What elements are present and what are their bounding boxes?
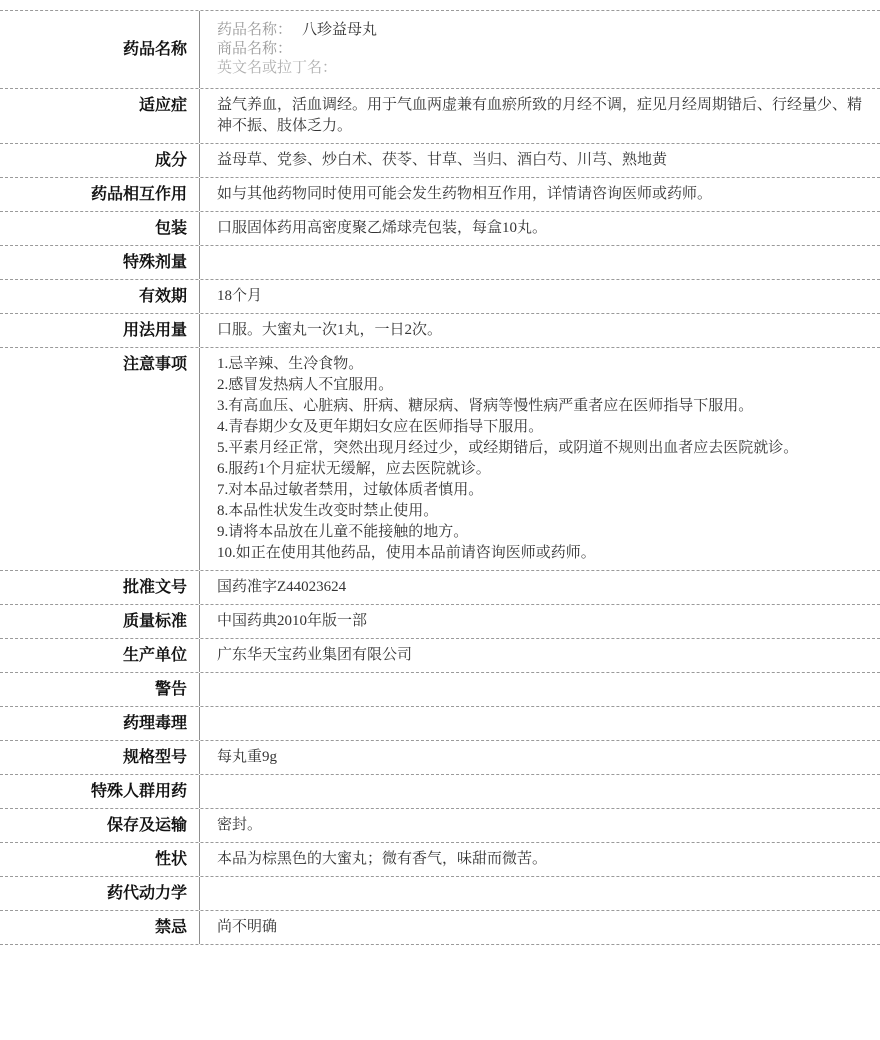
row-value-drug-name: 药品名称：八珍益母丸 商品名称： 英文名或拉丁名： [200,11,880,88]
table-row-drug-name: 药品名称 药品名称：八珍益母丸 商品名称： 英文名或拉丁名： [0,11,880,89]
row-value-shelf-life: 18个月 [200,280,880,313]
table-row-shelf-life: 有效期 18个月 [0,280,880,314]
precaution-item: 9.请将本品放在儿童不能接触的地方。 [217,522,868,543]
row-label-pharmacology-toxicology: 药理毒理 [0,707,200,740]
row-value-dosage-usage: 口服。大蜜丸一次1丸，一日2次。 [200,314,880,347]
row-value-special-dosage [200,246,880,279]
row-label-interactions: 药品相互作用 [0,178,200,211]
row-label-special-populations: 特殊人群用药 [0,775,200,808]
table-row-precautions: 注意事项 1.忌辛辣、生冷食物。 2.感冒发热病人不宜服用。 3.有高血压、心脏… [0,348,880,571]
row-value-properties: 本品为棕黑色的大蜜丸；微有香气，味甜而微苦。 [200,843,880,876]
row-value-manufacturer: 广东华天宝药业集团有限公司 [200,639,880,672]
row-label-approval-number: 批准文号 [0,571,200,604]
table-row-specification: 规格型号 每丸重9g [0,741,880,775]
english-name-line: 英文名或拉丁名： [217,59,377,78]
table-row-warnings: 警告 [0,673,880,707]
precaution-item: 10.如正在使用其他药品，使用本品前请咨询医师或药师。 [217,543,868,564]
precaution-item: 2.感冒发热病人不宜服用。 [217,375,868,396]
row-value-specification: 每丸重9g [200,741,880,774]
row-label-drug-name: 药品名称 [0,11,200,88]
row-value-storage-transport: 密封。 [200,809,880,842]
row-value-warnings [200,673,880,706]
row-value-ingredients: 益母草、党参、炒白术、茯苓、甘草、当归、酒白芍、川芎、熟地黄 [200,144,880,177]
drug-info-page: 药品名称 药品名称：八珍益母丸 商品名称： 英文名或拉丁名： 适应症 益气养 [0,0,880,1040]
row-label-specification: 规格型号 [0,741,200,774]
table-row-ingredients: 成分 益母草、党参、炒白术、茯苓、甘草、当归、酒白芍、川芎、熟地黄 [0,144,880,178]
row-value-interactions: 如与其他药物同时使用可能会发生药物相互作用，详情请咨询医师或药师。 [200,178,880,211]
english-name-prefix: 英文名或拉丁名： [217,60,337,76]
drug-name-prefix: 药品名称： [217,22,292,38]
trade-name-prefix: 商品名称： [217,41,292,57]
row-value-pharmacokinetics [200,877,880,910]
drug-name-value: 八珍益母丸 [302,22,377,38]
table-row-packaging: 包装 口服固体药用高密度聚乙烯球壳包装，每盒10丸。 [0,212,880,246]
row-label-shelf-life: 有效期 [0,280,200,313]
table-row-storage-transport: 保存及运输 密封。 [0,809,880,843]
table-row-special-dosage: 特殊剂量 [0,246,880,280]
drug-info-table: 药品名称 药品名称：八珍益母丸 商品名称： 英文名或拉丁名： 适应症 益气养 [0,10,880,945]
table-row-interactions: 药品相互作用 如与其他药物同时使用可能会发生药物相互作用，详情请咨询医师或药师。 [0,178,880,212]
row-value-packaging: 口服固体药用高密度聚乙烯球壳包装，每盒10丸。 [200,212,880,245]
trade-name-line: 商品名称： [217,40,377,59]
table-row-special-populations: 特殊人群用药 [0,775,880,809]
table-row-approval-number: 批准文号 国药准字Z44023624 [0,571,880,605]
row-value-indications: 益气养血，活血调经。用于气血两虚兼有血瘀所致的月经不调，症见月经周期错后、行经量… [200,89,880,143]
precaution-item: 7.对本品过敏者禁用，过敏体质者慎用。 [217,480,868,501]
row-label-indications: 适应症 [0,89,200,143]
row-label-packaging: 包装 [0,212,200,245]
row-label-special-dosage: 特殊剂量 [0,246,200,279]
row-label-manufacturer: 生产单位 [0,639,200,672]
drug-name-lines: 药品名称：八珍益母丸 商品名称： 英文名或拉丁名： [217,21,377,78]
precaution-item: 3.有高血压、心脏病、肝病、糖尿病、肾病等慢性病严重者应在医师指导下服用。 [217,396,868,417]
table-row-dosage-usage: 用法用量 口服。大蜜丸一次1丸，一日2次。 [0,314,880,348]
row-label-dosage-usage: 用法用量 [0,314,200,347]
row-value-approval-number: 国药准字Z44023624 [200,571,880,604]
table-row-pharmacokinetics: 药代动力学 [0,877,880,911]
row-label-warnings: 警告 [0,673,200,706]
precaution-item: 8.本品性状发生改变时禁止使用。 [217,501,868,522]
row-label-storage-transport: 保存及运输 [0,809,200,842]
precaution-item: 1.忌辛辣、生冷食物。 [217,354,868,375]
row-label-contraindications: 禁忌 [0,911,200,944]
row-label-quality-standard: 质量标准 [0,605,200,638]
table-row-pharmacology-toxicology: 药理毒理 [0,707,880,741]
drug-name-line: 药品名称：八珍益母丸 [217,21,377,40]
row-value-quality-standard: 中国药典2010年版一部 [200,605,880,638]
precaution-item: 4.青春期少女及更年期妇女应在医师指导下服用。 [217,417,868,438]
row-label-ingredients: 成分 [0,144,200,177]
row-value-pharmacology-toxicology [200,707,880,740]
table-row-indications: 适应症 益气养血，活血调经。用于气血两虚兼有血瘀所致的月经不调，症见月经周期错后… [0,89,880,144]
table-row-properties: 性状 本品为棕黑色的大蜜丸；微有香气，味甜而微苦。 [0,843,880,877]
table-row-quality-standard: 质量标准 中国药典2010年版一部 [0,605,880,639]
row-value-special-populations [200,775,880,808]
row-value-contraindications: 尚不明确 [200,911,880,944]
table-row-contraindications: 禁忌 尚不明确 [0,911,880,945]
table-row-manufacturer: 生产单位 广东华天宝药业集团有限公司 [0,639,880,673]
precaution-item: 5.平素月经正常，突然出现月经过少，或经期错后，或阴道不规则出血者应去医院就诊。 [217,438,868,459]
precaution-item: 6.服药1个月症状无缓解，应去医院就诊。 [217,459,868,480]
row-label-properties: 性状 [0,843,200,876]
row-label-pharmacokinetics: 药代动力学 [0,877,200,910]
row-label-precautions: 注意事项 [0,348,200,570]
row-value-precautions: 1.忌辛辣、生冷食物。 2.感冒发热病人不宜服用。 3.有高血压、心脏病、肝病、… [200,348,880,570]
